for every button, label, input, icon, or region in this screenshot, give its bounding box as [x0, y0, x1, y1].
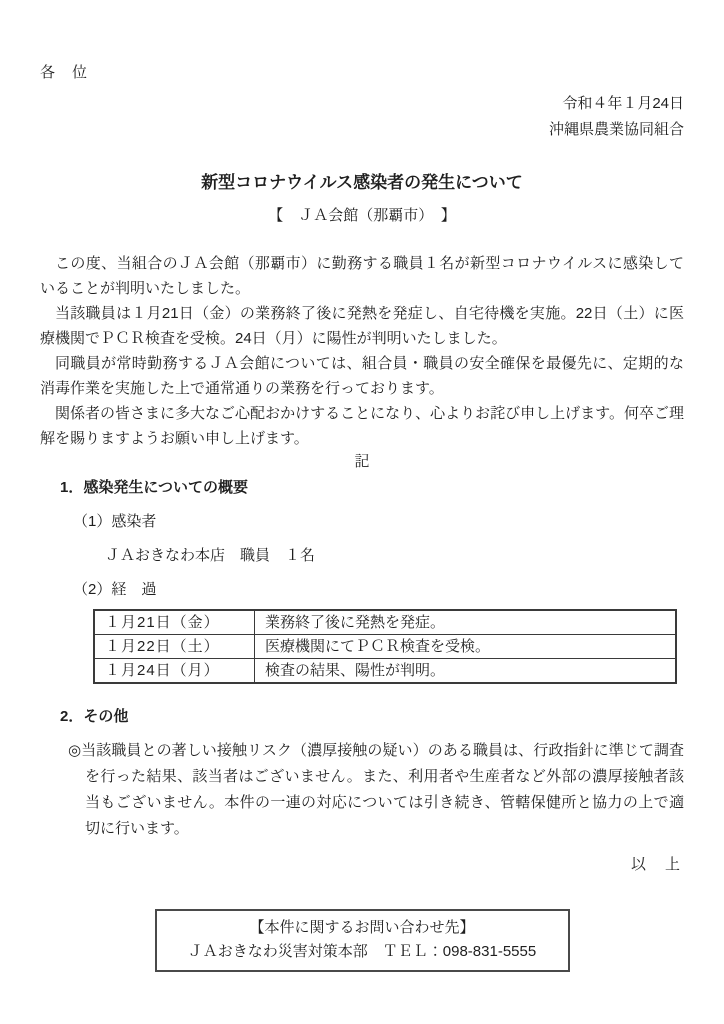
- closing-mark: 以 上: [40, 852, 684, 877]
- document-page: 各 位 令和４年１月24日 沖縄県農業協同組合 新型コロナウイルス感染者の発生に…: [0, 0, 724, 1024]
- timeline-event: 医療機関にてＰＣＲ検査を受検。: [255, 635, 677, 659]
- timeline-event: 業務終了後に発熱を発症。: [255, 610, 677, 635]
- header-right-block: 令和４年１月24日 沖縄県農業協同組合: [40, 91, 684, 143]
- contact-box: 【本件に関するお問い合わせ先】 ＪＡおきなわ災害対策本部 ＴＥＬ：098-831…: [155, 909, 570, 972]
- issuing-organization: 沖縄県農業協同組合: [40, 117, 684, 143]
- timeline-date: １月21日（金）: [94, 610, 255, 635]
- timeline-date: １月24日（月）: [94, 659, 255, 684]
- section2-paragraph: ◎当該職員との著しい接触リスク（濃厚接触の疑い）のある職員は、行政指針に準じて調…: [68, 738, 684, 842]
- progress-label: （2）経 過: [73, 579, 684, 601]
- document-title: 新型コロナウイルス感染者の発生について: [40, 171, 684, 195]
- body-paragraph: 当該職員は１月21日（金）の業務終了後に発熱を発症し、自宅待機を実施。22日（土…: [40, 301, 684, 351]
- notation-mark: 記: [40, 451, 684, 473]
- body-paragraphs: この度、当組合のＪＡ会館（那覇市）に勤務する職員１名が新型コロナウイルスに感染し…: [40, 251, 684, 451]
- table-row: １月22日（土） 医療機関にてＰＣＲ検査を受検。: [94, 635, 676, 659]
- body-paragraph: 関係者の皆さまに多大なご心配おかけすることになり、心よりお詫び申し上げます。何卒…: [40, 401, 684, 451]
- table-row: １月21日（金） 業務終了後に発熱を発症。: [94, 610, 676, 635]
- section2-text: 当該職員との著しい接触リスク（濃厚接触の疑い）のある職員は、行政指針に準じて調査…: [81, 742, 684, 837]
- recipient-line: 各 位: [40, 60, 684, 85]
- timeline-table: １月21日（金） 業務終了後に発熱を発症。 １月22日（土） 医療機関にてＰＣＲ…: [93, 609, 677, 684]
- infected-person-label: （1）感染者: [73, 511, 684, 533]
- document-subtitle: 【 ＪＡ会館（那覇市） 】: [40, 205, 684, 227]
- timeline-date: １月22日（土）: [94, 635, 255, 659]
- table-row: １月24日（月） 検査の結果、陽性が判明。: [94, 659, 676, 684]
- document-date: 令和４年１月24日: [40, 91, 684, 117]
- infected-person-value: ＪＡおきなわ本店 職員 １名: [105, 545, 684, 567]
- section2-heading: 2．その他: [60, 706, 684, 728]
- section1-heading: 1．感染発生についての概要: [60, 477, 684, 499]
- body-paragraph: 同職員が常時勤務するＪＡ会館については、組合員・職員の安全確保を最優先に、定期的…: [40, 351, 684, 401]
- timeline-event: 検査の結果、陽性が判明。: [255, 659, 677, 684]
- contact-box-detail: ＪＡおきなわ災害対策本部 ＴＥＬ：098-831-5555: [157, 940, 568, 964]
- bullet-marker: ◎: [68, 742, 81, 759]
- contact-box-heading: 【本件に関するお問い合わせ先】: [157, 916, 568, 940]
- body-paragraph: この度、当組合のＪＡ会館（那覇市）に勤務する職員１名が新型コロナウイルスに感染し…: [40, 251, 684, 301]
